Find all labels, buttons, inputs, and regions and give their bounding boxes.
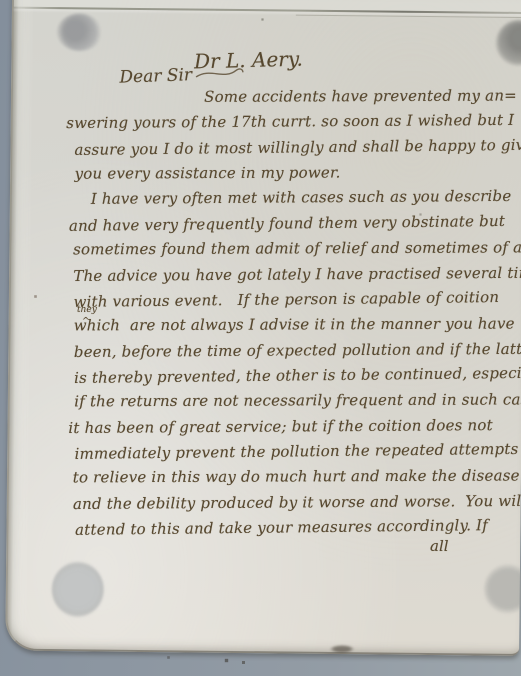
interlinear-insertion: they	[77, 305, 97, 315]
letter-line: I have very often met with cases such as…	[67, 184, 512, 212]
letter-text-layer: Dear Sir Dr L. Aery. Some accidents have…	[0, 0, 521, 676]
photo-background: Dear Sir Dr L. Aery. Some accidents have…	[0, 0, 521, 676]
letter-line: and have very frequently found them very…	[67, 209, 505, 239]
catchword: all	[430, 537, 449, 555]
letter-line: immediately prevent the pollution the re…	[68, 437, 518, 467]
letter-line: with various event. If the person is cap…	[67, 285, 499, 315]
letter-line: sometimes found them admit of relief and…	[67, 235, 521, 262]
letter-line: swering yours of the 17th currt. so soon…	[66, 108, 514, 136]
letter-line: if the returns are not necessarily frequ…	[68, 388, 521, 415]
letter-line: which are not always I advise it in the …	[68, 312, 515, 339]
letter-line: been, before the time of expected pollut…	[68, 336, 521, 364]
letter-line: and the debility produced by it worse an…	[69, 488, 521, 516]
letter-line: you every assistance in my power.	[67, 161, 341, 187]
letter-line: The advice you have got lately I have pr…	[67, 260, 521, 288]
insertion-caret: ^	[82, 317, 90, 327]
addressee-heading: Dr L. Aery.	[194, 47, 303, 74]
letter-line: is thereby prevented, the other is to be…	[68, 360, 521, 390]
letter-line: assure you I do it most willingly and sh…	[66, 132, 521, 162]
letter-line: to relieve in this way do much hurt and …	[69, 464, 520, 491]
letter-line: attend to this and take your measures ac…	[69, 513, 488, 543]
letter-line: it has been of great service; but if the…	[68, 413, 493, 441]
letter-line: Some accidents have prevented my an=	[66, 83, 517, 110]
